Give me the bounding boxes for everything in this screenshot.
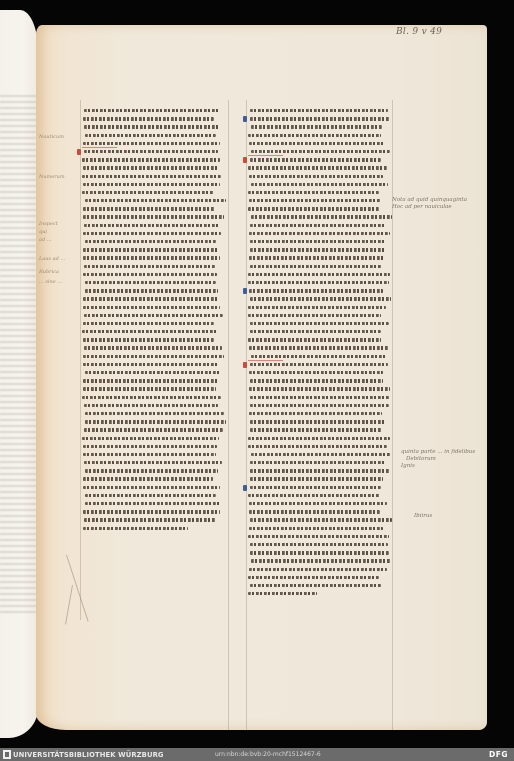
text-line bbox=[248, 533, 388, 541]
handwriting-ink bbox=[250, 330, 381, 333]
handwriting-ink bbox=[83, 338, 214, 341]
text-line bbox=[248, 443, 388, 451]
handwriting-ink bbox=[250, 477, 383, 480]
handwriting-ink bbox=[250, 109, 389, 112]
handwriting-ink bbox=[83, 207, 214, 210]
handwriting-ink bbox=[85, 134, 216, 137]
handwriting-ink bbox=[83, 322, 215, 325]
text-line bbox=[82, 508, 222, 516]
handwriting-ink bbox=[250, 428, 382, 431]
ruling-line bbox=[228, 100, 229, 730]
margin-note: ad ... bbox=[39, 236, 52, 244]
handwriting-ink bbox=[250, 322, 389, 325]
text-line bbox=[248, 263, 388, 271]
gloss-line: Nota ad quid quinquaginta bbox=[392, 197, 467, 204]
handwriting-ink bbox=[85, 199, 226, 202]
text-line bbox=[82, 344, 222, 352]
text-line bbox=[248, 173, 388, 181]
text-line bbox=[82, 238, 222, 246]
handwriting-ink bbox=[83, 387, 216, 390]
footer-bar: UNIVERSITÄTSBIBLIOTHEK WÜRZBURG urn:nbn:… bbox=[0, 748, 514, 761]
text-line bbox=[82, 132, 222, 140]
gloss-line: Debitorum bbox=[401, 456, 475, 463]
text-line bbox=[248, 189, 388, 197]
text-line bbox=[82, 418, 222, 426]
handwriting-ink bbox=[248, 273, 390, 276]
handwriting-ink bbox=[250, 551, 389, 554]
handwriting-ink bbox=[250, 240, 386, 243]
text-line bbox=[82, 197, 222, 205]
text-line bbox=[248, 590, 388, 598]
text-line bbox=[248, 508, 388, 516]
handwriting-ink bbox=[250, 248, 387, 251]
margin-note: ... sine ... bbox=[39, 278, 62, 286]
text-column-right bbox=[248, 107, 388, 598]
handwriting-ink bbox=[249, 142, 384, 145]
text-line bbox=[82, 443, 222, 451]
handwriting-ink bbox=[250, 461, 385, 464]
pencil-mark bbox=[65, 585, 73, 625]
handwriting-ink bbox=[84, 461, 222, 464]
text-line bbox=[82, 426, 222, 434]
illuminated-initial-blue bbox=[243, 288, 247, 294]
text-line bbox=[82, 254, 222, 262]
text-line bbox=[82, 467, 222, 475]
rubric-underline bbox=[82, 147, 117, 148]
handwriting-ink bbox=[251, 559, 391, 562]
handwriting-ink bbox=[248, 535, 389, 538]
handwriting-ink bbox=[85, 281, 216, 284]
library-logo-icon bbox=[3, 750, 11, 759]
handwriting-ink bbox=[248, 166, 386, 169]
text-line bbox=[248, 336, 388, 344]
handwriting-ink bbox=[250, 396, 390, 399]
text-line bbox=[82, 205, 222, 213]
text-line bbox=[248, 295, 388, 303]
handwriting-ink bbox=[250, 486, 381, 489]
text-line bbox=[248, 418, 388, 426]
handwriting-ink bbox=[84, 224, 219, 227]
handwriting-ink bbox=[250, 297, 391, 300]
text-line bbox=[248, 312, 388, 320]
handwriting-ink bbox=[85, 289, 218, 292]
handwriting-ink bbox=[249, 371, 383, 374]
handwriting-ink bbox=[248, 191, 379, 194]
handwriting-ink bbox=[83, 355, 224, 358]
margin-note: Nauticum bbox=[39, 133, 64, 141]
handwriting-ink bbox=[251, 150, 390, 153]
rubric-underline bbox=[248, 155, 283, 156]
handwriting-ink bbox=[249, 412, 381, 415]
handwriting-ink bbox=[249, 387, 390, 390]
text-line bbox=[82, 173, 222, 181]
text-line bbox=[248, 205, 388, 213]
handwriting-ink bbox=[248, 437, 389, 440]
margin-note: Laus ad ... bbox=[39, 255, 65, 263]
text-line bbox=[248, 492, 388, 500]
handwriting-ink bbox=[85, 371, 220, 374]
text-line bbox=[248, 426, 388, 434]
institution-name: UNIVERSITÄTSBIBLIOTHEK WÜRZBURG bbox=[13, 751, 164, 759]
handwriting-ink bbox=[84, 150, 217, 153]
handwriting-ink bbox=[83, 477, 213, 480]
handwriting-ink bbox=[83, 215, 224, 218]
text-line bbox=[82, 336, 222, 344]
handwriting-ink bbox=[248, 306, 386, 309]
handwriting-ink bbox=[84, 265, 216, 268]
text-line bbox=[248, 140, 388, 148]
handwriting-ink bbox=[85, 240, 217, 243]
text-line bbox=[82, 312, 222, 320]
text-line bbox=[82, 287, 222, 295]
handwriting-ink bbox=[84, 109, 220, 112]
text-line bbox=[82, 189, 222, 197]
text-line bbox=[82, 500, 222, 508]
text-line bbox=[248, 123, 388, 131]
handwriting-ink bbox=[250, 363, 388, 366]
handwriting-ink bbox=[83, 256, 220, 259]
handwriting-ink bbox=[249, 256, 384, 259]
handwriting-ink bbox=[84, 428, 223, 431]
text-line bbox=[248, 402, 388, 410]
text-line bbox=[248, 369, 388, 377]
text-line bbox=[248, 467, 388, 475]
left-page-text-ghost bbox=[0, 95, 36, 615]
handwriting-ink bbox=[248, 445, 387, 448]
margin-note: Rubrica bbox=[39, 268, 59, 276]
text-line bbox=[82, 263, 222, 271]
text-line bbox=[248, 394, 388, 402]
text-line bbox=[248, 107, 388, 115]
text-line bbox=[248, 238, 388, 246]
gloss-line: quinta parte ... in fidelibus bbox=[401, 449, 475, 456]
illuminated-initial-blue bbox=[243, 485, 247, 491]
handwriting-ink bbox=[249, 346, 388, 349]
text-line bbox=[248, 525, 388, 533]
handwriting-ink bbox=[249, 510, 380, 513]
text-line bbox=[82, 475, 222, 483]
handwriting-ink bbox=[83, 486, 220, 489]
text-line bbox=[82, 451, 222, 459]
handwriting-ink bbox=[83, 232, 221, 235]
text-line bbox=[248, 451, 388, 459]
handwriting-ink bbox=[248, 207, 379, 210]
text-line bbox=[82, 181, 222, 189]
gloss-line: Ibiirus bbox=[414, 513, 432, 520]
handwriting-ink bbox=[85, 494, 216, 497]
text-line bbox=[82, 435, 222, 443]
left-facing-page bbox=[0, 10, 38, 738]
text-line bbox=[248, 361, 388, 369]
text-line bbox=[248, 410, 388, 418]
text-line bbox=[248, 320, 388, 328]
handwriting-ink bbox=[248, 576, 379, 579]
handwriting-ink bbox=[250, 117, 391, 120]
handwriting-ink bbox=[83, 445, 217, 448]
illuminated-initial-red bbox=[77, 149, 81, 155]
text-line bbox=[248, 344, 388, 352]
text-line bbox=[248, 500, 388, 508]
handwriting-ink bbox=[250, 379, 384, 382]
handwriting-ink bbox=[249, 502, 387, 505]
handwriting-ink bbox=[249, 199, 380, 202]
text-line bbox=[82, 361, 222, 369]
handwriting-ink bbox=[248, 338, 381, 341]
text-line bbox=[82, 377, 222, 385]
handwriting-ink bbox=[82, 191, 214, 194]
margin-note: Numerum bbox=[39, 173, 65, 181]
marginal-gloss: quinta parte ... in fidelibus Debitorum … bbox=[401, 449, 475, 470]
text-line bbox=[82, 164, 222, 172]
text-line bbox=[82, 369, 222, 377]
manuscript-folio: Bl. 9 v 49 Nota ad quid quinquaginta Hoc… bbox=[36, 25, 487, 730]
text-line bbox=[248, 132, 388, 140]
text-line bbox=[248, 230, 388, 238]
handwriting-ink bbox=[248, 494, 380, 497]
text-line bbox=[82, 385, 222, 393]
handwriting-ink bbox=[250, 584, 382, 587]
handwriting-ink bbox=[250, 404, 389, 407]
text-line bbox=[248, 222, 388, 230]
handwriting-ink bbox=[249, 568, 387, 571]
text-line bbox=[248, 385, 388, 393]
text-line bbox=[82, 148, 222, 156]
handwriting-ink bbox=[250, 224, 385, 227]
text-line bbox=[82, 230, 222, 238]
text-line bbox=[248, 164, 388, 172]
scan-viewer: Bl. 9 v 49 Nota ad quid quinquaginta Hoc… bbox=[0, 0, 514, 748]
handwriting-ink bbox=[83, 510, 220, 513]
handwriting-ink bbox=[83, 306, 220, 309]
illuminated-initial-red bbox=[243, 362, 247, 368]
handwriting-ink bbox=[251, 125, 382, 128]
gloss-line: Ignis bbox=[401, 463, 475, 470]
text-line bbox=[82, 304, 222, 312]
text-line bbox=[82, 246, 222, 254]
text-line bbox=[82, 353, 222, 361]
handwriting-ink bbox=[83, 117, 214, 120]
text-line bbox=[82, 123, 222, 131]
text-line bbox=[248, 197, 388, 205]
handwriting-ink bbox=[83, 527, 188, 530]
handwriting-ink bbox=[85, 412, 225, 415]
text-line bbox=[82, 394, 222, 402]
folio-number: Bl. 9 v 49 bbox=[396, 27, 442, 37]
ruling-line bbox=[80, 100, 81, 620]
text-line bbox=[82, 525, 222, 533]
text-line bbox=[82, 295, 222, 303]
text-line bbox=[248, 435, 388, 443]
handwriting-ink bbox=[83, 166, 219, 169]
handwriting-ink bbox=[82, 396, 221, 399]
handwriting-ink bbox=[85, 469, 218, 472]
handwriting-ink bbox=[250, 469, 390, 472]
handwriting-ink bbox=[250, 420, 386, 423]
text-line bbox=[248, 516, 388, 524]
ruling-line bbox=[246, 100, 247, 730]
handwriting-ink bbox=[248, 592, 317, 595]
gloss-line: Hoc ad per nauiculae bbox=[392, 204, 467, 211]
text-line bbox=[248, 156, 388, 164]
handwriting-ink bbox=[84, 518, 216, 521]
handwriting-ink bbox=[248, 281, 388, 284]
handwriting-ink bbox=[84, 125, 219, 128]
handwriting-ink bbox=[82, 330, 217, 333]
text-line bbox=[82, 222, 222, 230]
text-line bbox=[248, 566, 388, 574]
handwriting-ink bbox=[249, 175, 383, 178]
text-line bbox=[248, 213, 388, 221]
handwriting-ink bbox=[249, 232, 390, 235]
handwriting-ink bbox=[84, 346, 222, 349]
text-line bbox=[248, 279, 388, 287]
text-line bbox=[82, 328, 222, 336]
handwriting-ink bbox=[248, 134, 381, 137]
handwriting-ink bbox=[83, 297, 219, 300]
handwriting-ink bbox=[251, 355, 388, 358]
illuminated-initial-red bbox=[243, 157, 247, 163]
text-line bbox=[248, 304, 388, 312]
rubric-underline bbox=[248, 360, 283, 361]
handwriting-ink bbox=[250, 518, 392, 521]
handwriting-ink bbox=[251, 215, 392, 218]
handwriting-ink bbox=[83, 453, 216, 456]
handwriting-ink bbox=[83, 363, 218, 366]
text-line bbox=[248, 541, 388, 549]
margin-note: qui bbox=[39, 228, 47, 236]
text-line bbox=[82, 156, 222, 164]
text-line bbox=[248, 377, 388, 385]
text-line bbox=[248, 475, 388, 483]
text-line bbox=[248, 271, 388, 279]
handwriting-ink bbox=[251, 453, 392, 456]
text-line bbox=[248, 181, 388, 189]
handwriting-ink bbox=[82, 175, 220, 178]
handwriting-ink bbox=[249, 289, 383, 292]
handwriting-ink bbox=[82, 158, 220, 161]
marginal-gloss: Ibiirus bbox=[414, 513, 432, 520]
handwriting-ink bbox=[82, 437, 219, 440]
text-line bbox=[82, 459, 222, 467]
text-line bbox=[82, 115, 222, 123]
handwriting-ink bbox=[83, 248, 218, 251]
handwriting-ink bbox=[250, 543, 389, 546]
handwriting-ink bbox=[83, 142, 220, 145]
text-line bbox=[82, 213, 222, 221]
pencil-mark bbox=[66, 555, 89, 622]
text-line bbox=[82, 279, 222, 287]
text-line bbox=[248, 574, 388, 582]
handwriting-ink bbox=[83, 273, 217, 276]
text-line bbox=[248, 254, 388, 262]
text-line bbox=[248, 246, 388, 254]
text-line bbox=[248, 115, 388, 123]
marginal-gloss: Nota ad quid quinquaginta Hoc ad per nau… bbox=[392, 197, 467, 211]
handwriting-ink bbox=[83, 183, 220, 186]
handwriting-ink bbox=[251, 183, 388, 186]
illuminated-initial-blue bbox=[243, 116, 247, 122]
text-line bbox=[248, 459, 388, 467]
urn-identifier: urn:nbn:de:bvb:20-mchf1512467-6 bbox=[215, 751, 321, 758]
text-column-left bbox=[82, 107, 222, 533]
text-line bbox=[248, 549, 388, 557]
text-line bbox=[248, 328, 388, 336]
text-line bbox=[82, 107, 222, 115]
handwriting-ink bbox=[250, 265, 382, 268]
handwriting-ink bbox=[248, 314, 381, 317]
ruling-line bbox=[392, 100, 393, 730]
handwriting-ink bbox=[85, 420, 226, 423]
text-line bbox=[82, 402, 222, 410]
text-line bbox=[82, 492, 222, 500]
handwriting-ink bbox=[84, 314, 223, 317]
handwriting-ink bbox=[84, 404, 217, 407]
handwriting-ink bbox=[249, 527, 383, 530]
handwriting-ink bbox=[83, 379, 218, 382]
text-line bbox=[82, 271, 222, 279]
handwriting-ink bbox=[250, 158, 381, 161]
text-line bbox=[82, 320, 222, 328]
text-line bbox=[82, 516, 222, 524]
text-line bbox=[82, 484, 222, 492]
text-line bbox=[248, 557, 388, 565]
text-line bbox=[248, 484, 388, 492]
text-line bbox=[82, 410, 222, 418]
text-line bbox=[248, 582, 388, 590]
margin-note: Inspect bbox=[39, 220, 58, 228]
text-line bbox=[248, 287, 388, 295]
handwriting-ink bbox=[85, 502, 220, 505]
dfg-logo: DFG bbox=[489, 750, 508, 759]
